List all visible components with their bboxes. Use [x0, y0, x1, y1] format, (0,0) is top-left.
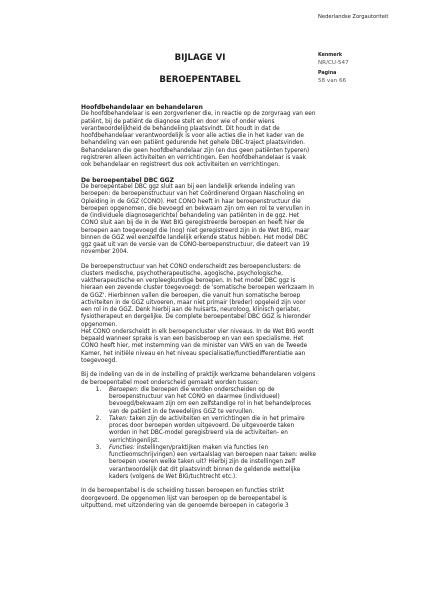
page-title: BEROEPENTABEL — [0, 75, 400, 85]
list-item: Functies: instellingen/praktijken maken … — [103, 445, 317, 481]
distinction-list: Beroepen: die beroepen die worden onders… — [81, 387, 317, 481]
paragraph: In de beroepentabel is de scheiding tuss… — [81, 488, 317, 510]
list-term: Beroepen: — [109, 387, 139, 393]
section-heading-beroepentabel: De beroepentabel DBC GGZ — [81, 177, 317, 184]
document-body: Hoofdbehandelaar en behandelaren De hoof… — [81, 104, 317, 517]
list-text: instellingen/praktijken maken via functi… — [109, 445, 316, 480]
list-item: Taken: taken zijn de activiteiten en ver… — [103, 416, 317, 445]
list-text: die beroepen die worden onderscheiden op… — [109, 387, 311, 415]
organization-name: Nederlandse Zorgautoriteit — [318, 14, 388, 20]
list-term: Functies: — [109, 445, 135, 451]
appendix-title: BIJLAGE VI — [0, 53, 400, 63]
paragraph: De beroepenstructuur van het CONO onders… — [81, 264, 317, 329]
section-heading-hoofdbehandelaar: Hoofdbehandelaar en behandelaren — [81, 104, 317, 111]
paragraph: Het CONO onderscheidt in elk beroepenclu… — [81, 329, 317, 365]
paragraph: Bij de indeling van de in de instelling … — [81, 372, 317, 387]
list-term: Taken: — [109, 416, 128, 422]
list-item: Beroepen: die beroepen die worden onders… — [103, 387, 317, 416]
paragraph: De beroepentabel DBC ggz sluit aan bij e… — [81, 184, 317, 257]
paragraph: De hoofdbehandelaar is een zorgverlener … — [81, 111, 317, 169]
list-text: taken zijn de activiteiten en verrichtin… — [109, 416, 305, 444]
